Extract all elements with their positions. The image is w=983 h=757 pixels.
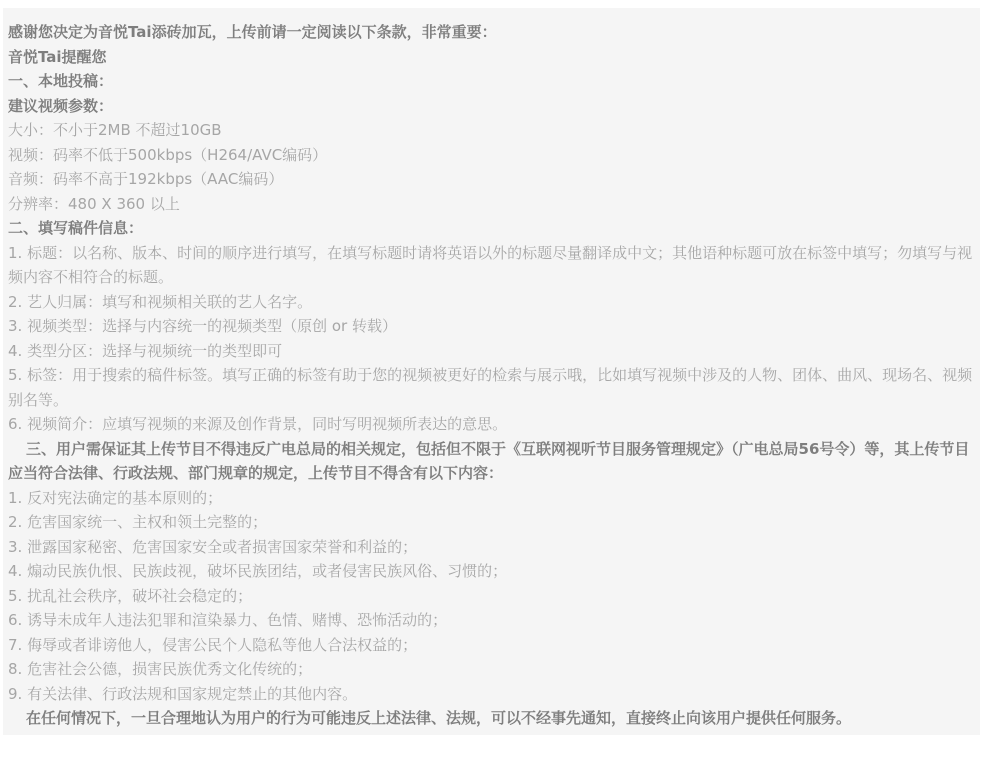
list-item: 1. 标题：以名称、版本、时间的顺序进行填写，在填写标题时请将英语以外的标题尽量… (8, 241, 974, 290)
list-item: 5. 扰乱社会秩序，破坏社会稳定的； (8, 584, 974, 609)
list-item: 4. 类型分区：选择与视频统一的类型即可 (8, 339, 974, 364)
param-video-bitrate: 视频：码率不低于500kbps（H264/AVC编码） (8, 143, 974, 168)
list-item: 5. 标签：用于搜索的稿件标签。填写正确的标签有助于您的视频被更好的检索与展示哦… (8, 363, 974, 412)
list-item: 7. 侮辱或者诽谤他人，侵害公民个人隐私等他人合法权益的； (8, 633, 974, 658)
param-audio-bitrate: 音频：码率不高于192kbps（AAC编码） (8, 167, 974, 192)
terms-panel: 感谢您决定为音悦Tai添砖加瓦，上传前请一定阅读以下条款，非常重要： 音悦Tai… (3, 8, 980, 735)
upload-terms-page: 感谢您决定为音悦Tai添砖加瓦，上传前请一定阅读以下条款，非常重要： 音悦Tai… (0, 0, 983, 757)
list-item: 6. 视频简介：应填写视频的来源及创作背景，同时写明视频所表达的意思。 (8, 412, 974, 437)
section3-title: 三、用户需保证其上传节目不得违反广电总局的相关规定，包括但不限于《互联网视听节目… (8, 437, 974, 486)
section1-title: 一、本地投稿： (8, 69, 974, 94)
list-item: 4. 煽动民族仇恨、民族歧视，破坏民族团结，或者侵害民族风俗、习惯的； (8, 559, 974, 584)
video-params-title: 建议视频参数： (8, 94, 974, 119)
list-item: 9. 有关法律、行政法规和国家规定禁止的其他内容。 (8, 682, 974, 707)
param-resolution: 分辨率：480 X 360 以上 (8, 192, 974, 217)
list-item: 3. 视频类型：选择与内容统一的视频类型（原创 or 转载） (8, 314, 974, 339)
footer-note: 在任何情况下，一旦合理地认为用户的行为可能违反上述法律、法规，可以不经事先通知，… (8, 706, 974, 731)
list-item: 2. 艺人归属：填写和视频相关联的艺人名字。 (8, 290, 974, 315)
param-size: 大小：不小于2MB 不超过10GB (8, 118, 974, 143)
reminder-title: 音悦Tai提醒您 (8, 45, 974, 70)
list-item: 2. 危害国家统一、主权和领土完整的； (8, 510, 974, 535)
section2-title: 二、填写稿件信息： (8, 216, 974, 241)
list-item: 3. 泄露国家秘密、危害国家安全或者损害国家荣誉和利益的； (8, 535, 974, 560)
intro-line: 感谢您决定为音悦Tai添砖加瓦，上传前请一定阅读以下条款，非常重要： (8, 20, 974, 45)
list-item: 6. 诱导未成年人违法犯罪和渲染暴力、色情、赌博、恐怖活动的； (8, 608, 974, 633)
list-item: 1. 反对宪法确定的基本原则的； (8, 486, 974, 511)
list-item: 8. 危害社会公德，损害民族优秀文化传统的； (8, 657, 974, 682)
